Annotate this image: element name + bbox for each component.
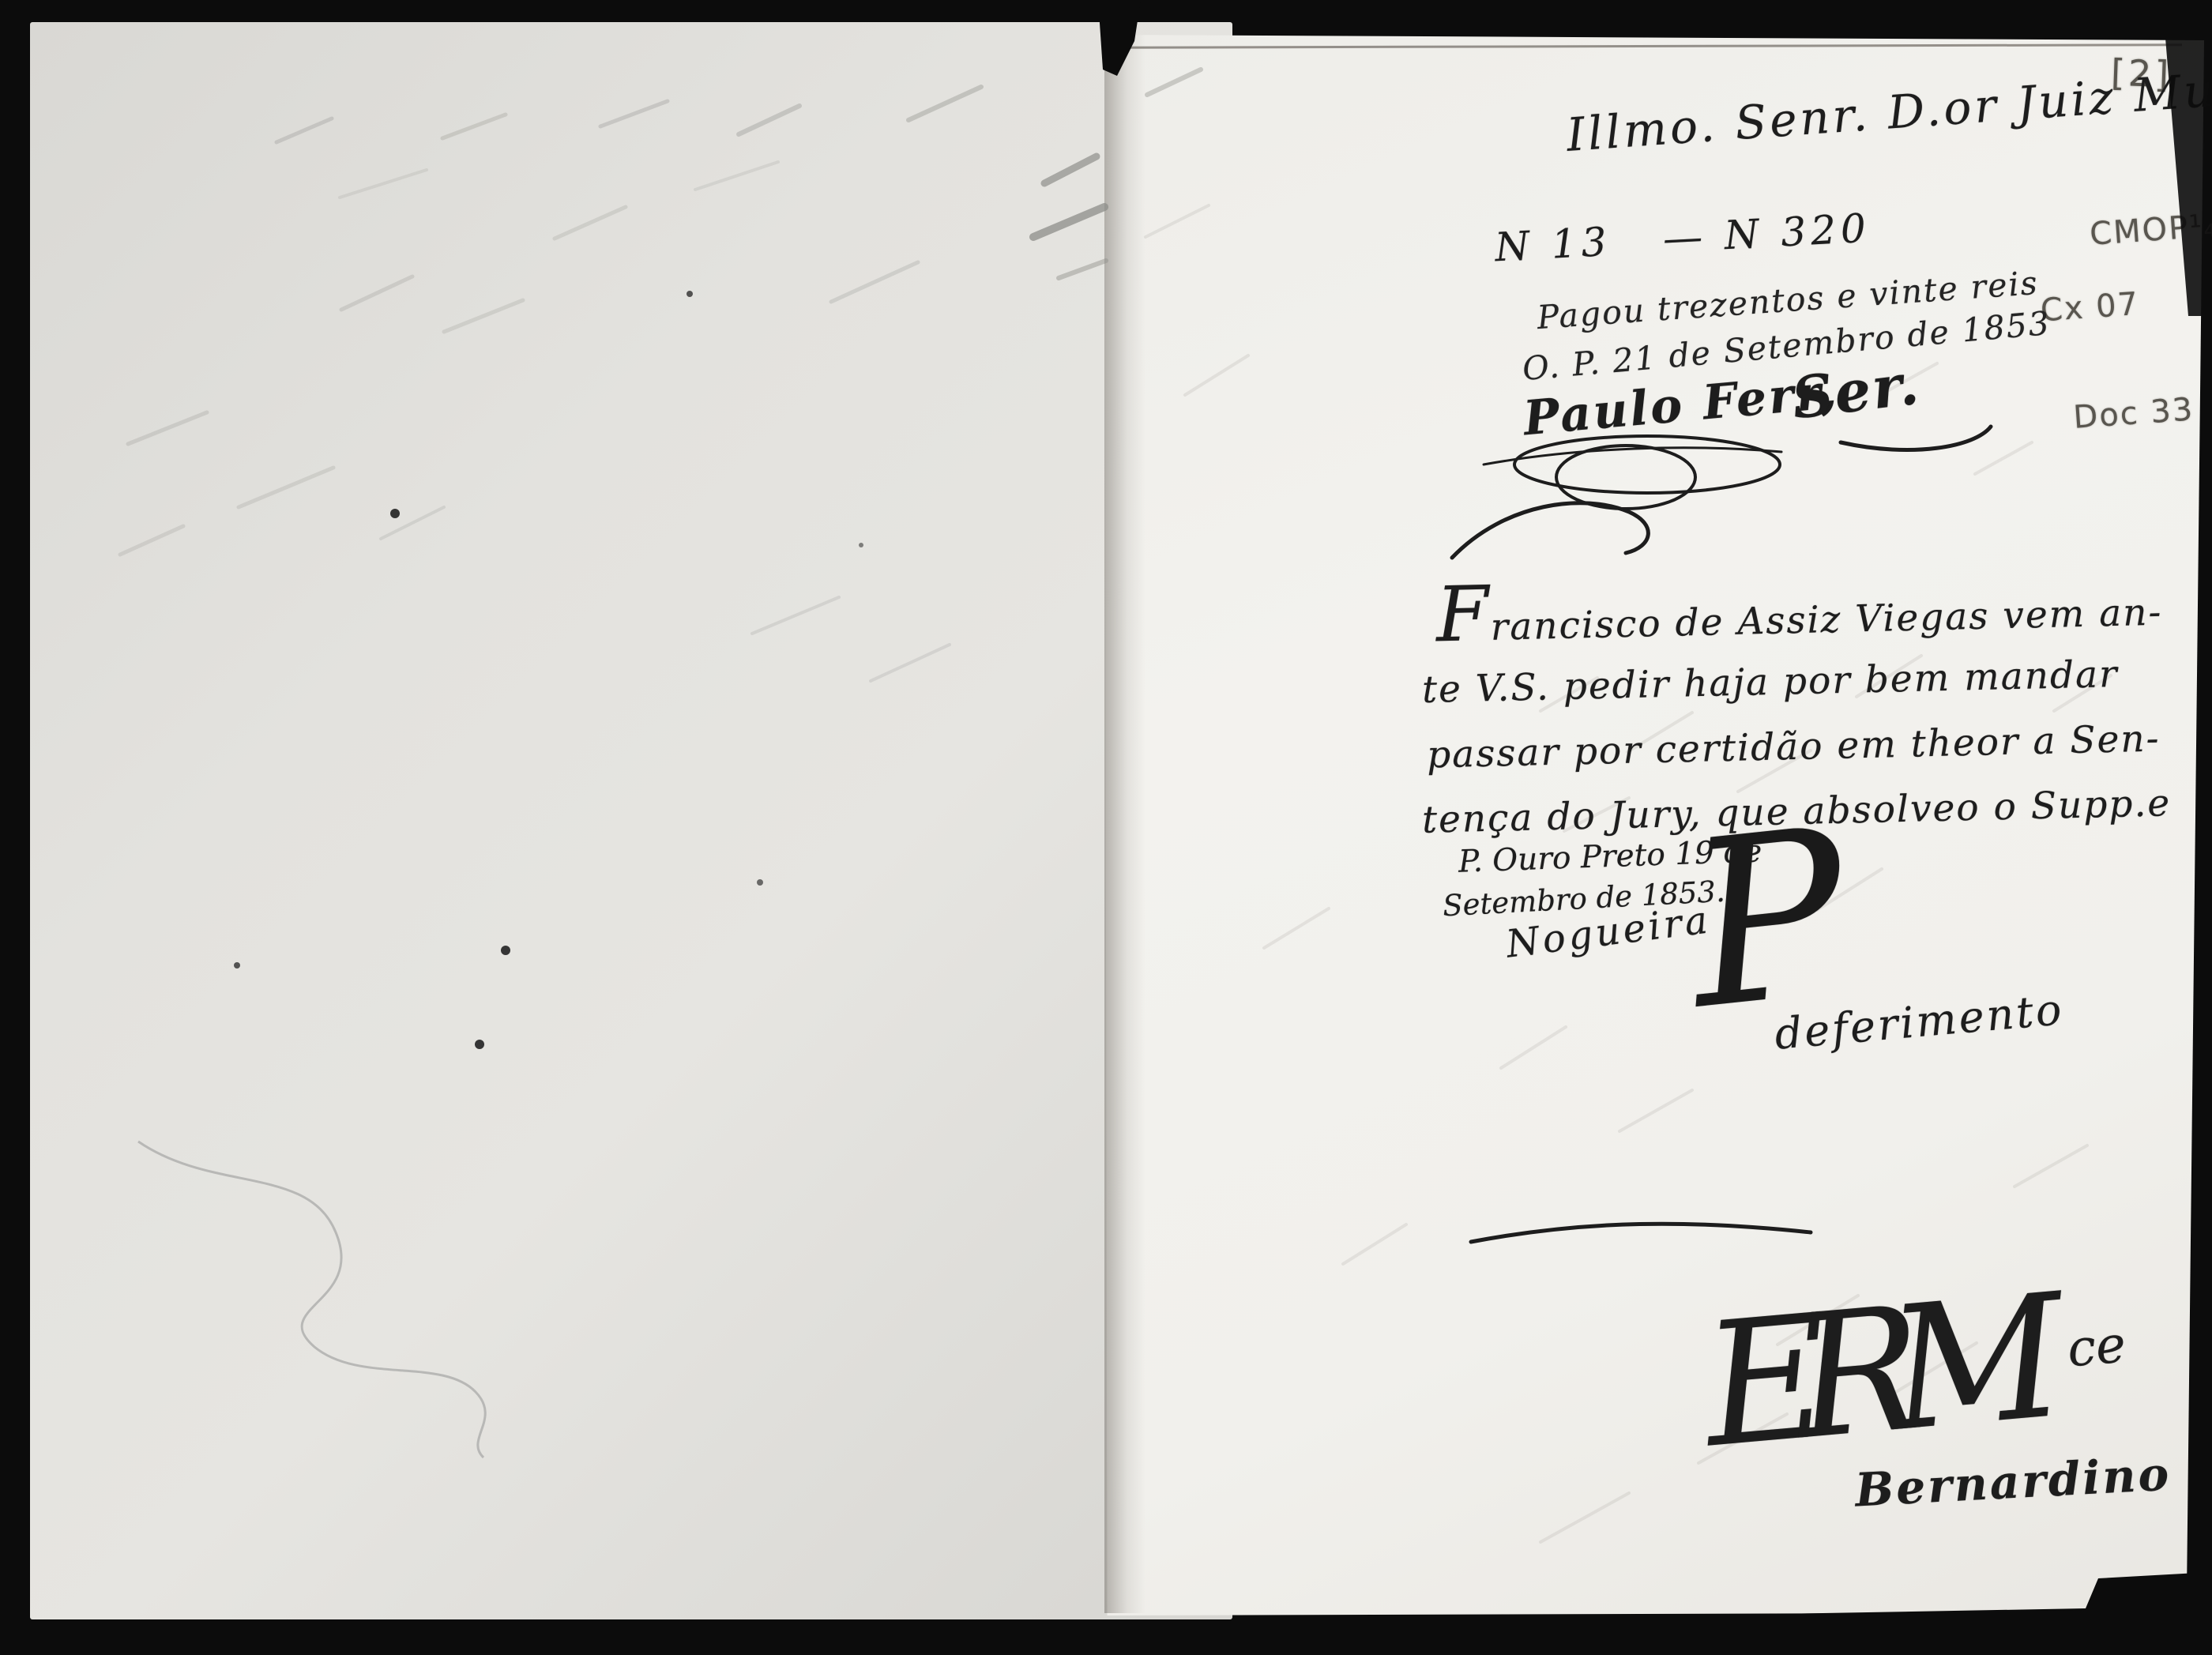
capital-f-swash: [1452, 503, 1648, 558]
courtesy-initials-flourish: ERMce: [1600, 1091, 2148, 1647]
archive-stamp-line1: CMOP¹₄: [2089, 208, 2212, 253]
paper-fibre: [138, 1142, 485, 1458]
closing-initial-flourish: P: [1680, 814, 1854, 1026]
clerk-rubric-flourish: [1514, 436, 1780, 493]
archive-stamp: CMOP¹₄ Cx 07 Doc 33: [2040, 171, 2212, 510]
scanned-document: [2] CMOP¹₄ Cx 07 Doc 33 Illmo. Senr. D.o…: [0, 0, 2212, 1655]
archive-stamp-line2: Cx 07: [2039, 280, 2212, 329]
archive-stamp-line3: Doc 33: [2072, 389, 2212, 436]
courtesy-superscript: ce: [2065, 1315, 2128, 1379]
second-rubric-tail: [1841, 427, 1991, 449]
courtesy-initials: ERM: [1697, 1259, 2039, 1485]
